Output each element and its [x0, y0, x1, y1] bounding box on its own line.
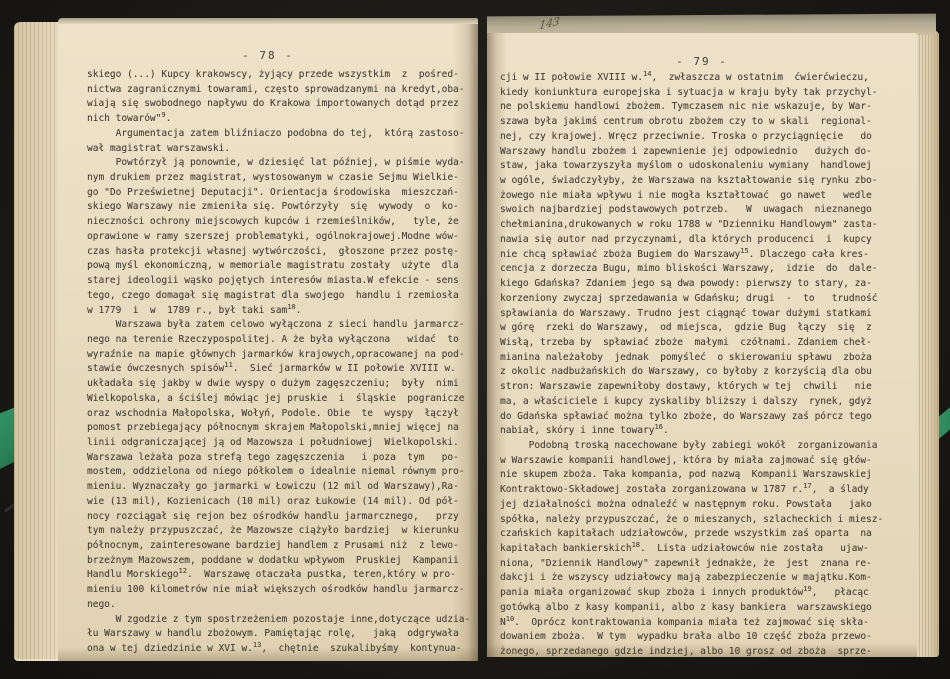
- left-page-number: - 78 -: [58, 49, 478, 62]
- left-page-gutter-shadow: [452, 24, 478, 661]
- left-page-text: skiego (...) Kupcy krakowscy, żyjący prz…: [87, 68, 465, 657]
- left-page-bottom-shadow: [58, 647, 478, 661]
- right-page-number: - 79 -: [487, 55, 917, 68]
- right-page: - 79 - cji w II połowie XVIII w.14, zwła…: [487, 33, 917, 657]
- right-page-bottom-shadow: [487, 643, 917, 657]
- right-page-text: cji w II połowie XVIII w.14, zwłaszcza w…: [500, 71, 906, 660]
- photo-background: 143 - 78 - skiego (...) Kupcy krakowscy,…: [0, 0, 950, 679]
- left-page-fore-edge-stack: [14, 22, 61, 661]
- left-page: - 78 - skiego (...) Kupcy krakowscy, żyj…: [58, 24, 478, 661]
- right-page-fore-edge-stack: [916, 31, 939, 657]
- handwritten-mark: 143: [539, 14, 561, 32]
- right-page-gutter-shadow: [487, 33, 507, 657]
